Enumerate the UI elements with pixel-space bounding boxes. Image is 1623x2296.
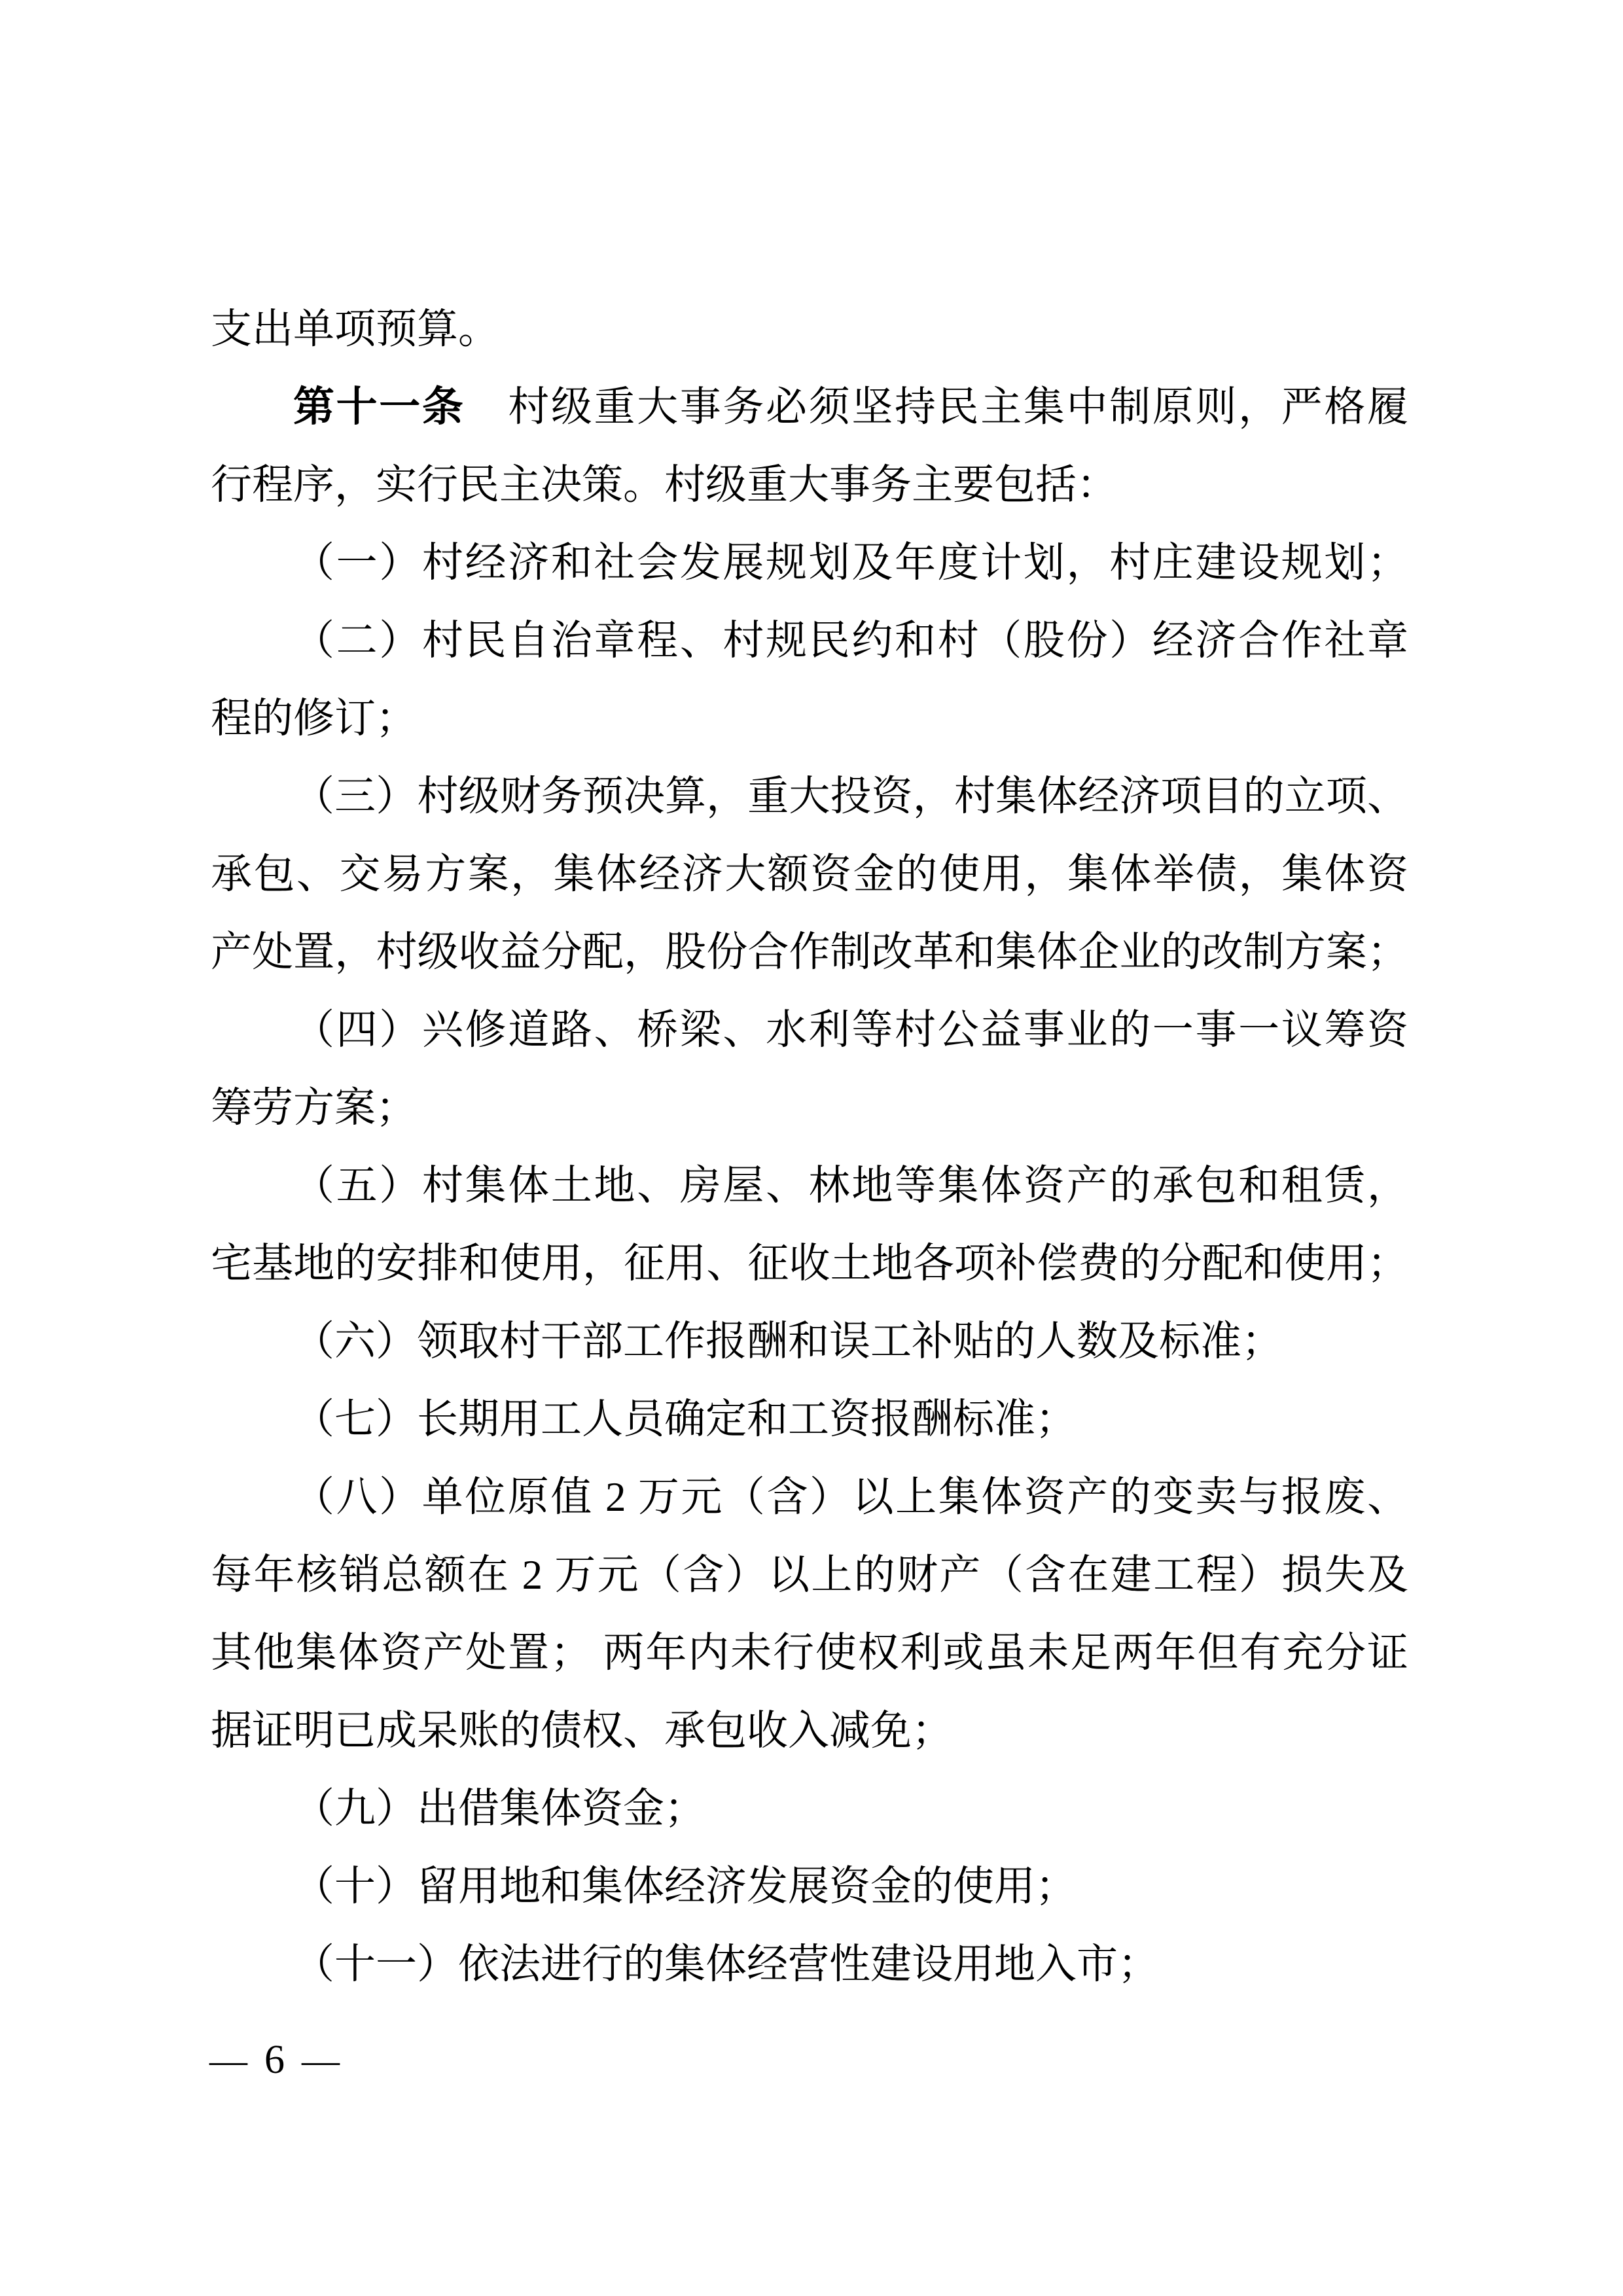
text-line-1: 支出单项预算。 bbox=[211, 291, 1408, 368]
text-line-3: 行程序，实行民主决策。村级重大事务主要包括： bbox=[211, 446, 1408, 524]
text-line-2: 第十一条 村级重大事务必须坚持民主集中制原则，严格履 bbox=[211, 368, 1408, 446]
text-line-9: 产处置，村级收益分配，股份合作制改革和集体企业的改制方案； bbox=[211, 913, 1408, 991]
text-line-22: （十一）依法进行的集体经营性建设用地入市； bbox=[211, 1926, 1408, 2004]
text-line-8: 承包、交易方案，集体经济大额资金的使用，集体举债，集体资 bbox=[211, 836, 1408, 913]
text-line-10: （四）兴修道路、桥梁、水利等村公益事业的一事一议筹资 bbox=[211, 991, 1408, 1069]
text-line-21: （十）留用地和集体经济发展资金的使用； bbox=[211, 1848, 1408, 1926]
text-line-4: （一）村经济和社会发展规划及年度计划，村庄建设规划； bbox=[211, 524, 1408, 602]
text-line-11: 筹劳方案； bbox=[211, 1069, 1408, 1147]
document-page: 支出单项预算。第十一条 村级重大事务必须坚持民主集中制原则，严格履行程序，实行民… bbox=[0, 0, 1623, 2296]
text-line-5: （二）村民自治章程、村规民约和村（股份）经济合作社章 bbox=[211, 602, 1408, 680]
text-line-7: （三）村级财务预决算，重大投资，村集体经济项目的立项、 bbox=[211, 758, 1408, 836]
document-body: 支出单项预算。第十一条 村级重大事务必须坚持民主集中制原则，严格履行程序，实行民… bbox=[211, 291, 1408, 2004]
text-line-18: 其他集体资产处置； 两年内未行使权利或虽未足两年但有充分证 bbox=[211, 1614, 1408, 1692]
article-number-bold: 第十一条 bbox=[293, 384, 465, 430]
footer-right-dash: — bbox=[302, 2037, 340, 2084]
text-line-15: （七）长期用工人员确定和工资报酬标准； bbox=[211, 1381, 1408, 1458]
page-footer: —6— bbox=[209, 2036, 340, 2083]
text-line-6: 程的修订； bbox=[211, 680, 1408, 758]
footer-page-number: 6 bbox=[264, 2036, 285, 2083]
text-line-14: （六）领取村干部工作报酬和误工补贴的人数及标准； bbox=[211, 1303, 1408, 1381]
text-line-13: 宅基地的安排和使用，征用、征收土地各项补偿费的分配和使用； bbox=[211, 1225, 1408, 1303]
text-line-12: （五）村集体土地、房屋、林地等集体资产的承包和租赁， bbox=[211, 1147, 1408, 1225]
text-line-17: 每年核销总额在 2 万元（含）以上的财产（含在建工程）损失及 bbox=[211, 1536, 1408, 1614]
text-line-19: 据证明已成呆账的债权、承包收入减免； bbox=[211, 1692, 1408, 1770]
footer-left-dash: — bbox=[209, 2037, 247, 2084]
text-line-20: （九）出借集体资金； bbox=[211, 1770, 1408, 1848]
text-line-16: （八）单位原值 2 万元（含）以上集体资产的变卖与报废、 bbox=[211, 1458, 1408, 1536]
